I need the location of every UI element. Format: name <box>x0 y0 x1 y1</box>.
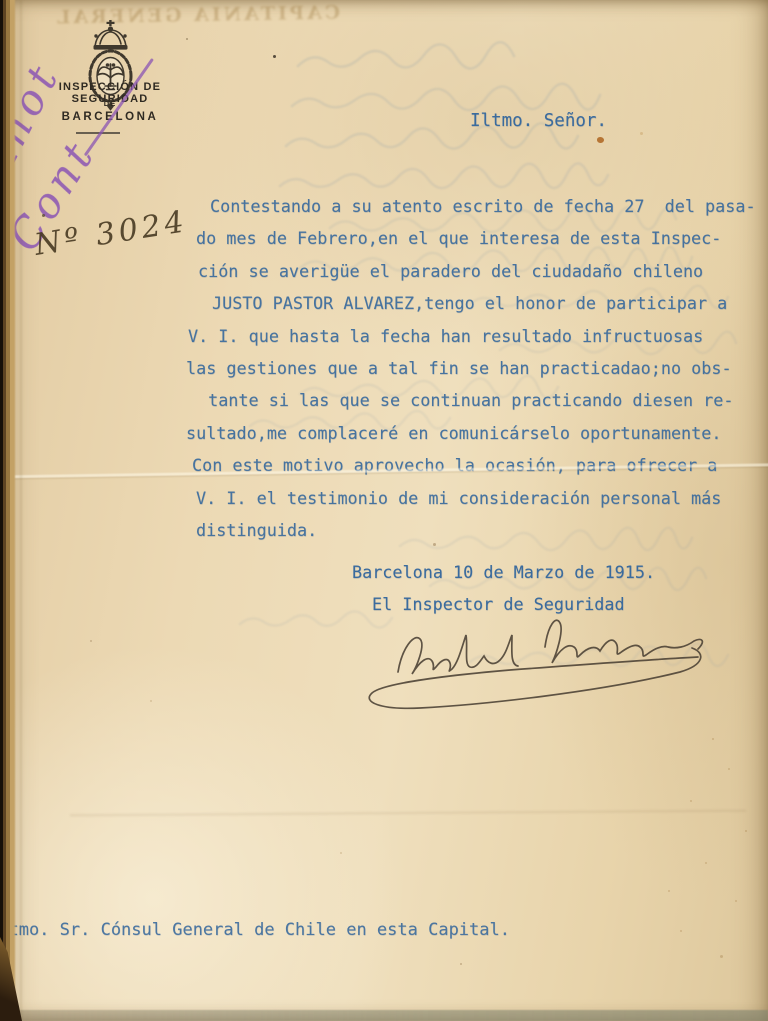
binding-edge <box>0 0 16 1021</box>
body-line: distinguida. <box>196 520 317 540</box>
body-line: ción se averigüe el paradero del ciudada… <box>198 261 703 281</box>
paper-fold-line <box>20 0 22 1021</box>
body-line: Contestando a su atento escrito de fecha… <box>210 196 756 216</box>
body-line: JUSTO PASTOR ALVAREZ,tengo el honor de p… <box>212 293 727 313</box>
salutation: Iltmo. Señor. <box>470 111 607 131</box>
paper-background <box>0 0 768 1021</box>
scanned-letter-page: CAPITANIA GENERAL INSPECCIÓN DE SEGURIDA… <box>0 0 768 1021</box>
recipient-line: Iltmo. Sr. Cónsul General de Chile en es… <box>0 920 510 940</box>
date-line: Barcelona 10 de Marzo de 1915. <box>352 562 655 582</box>
signature <box>340 595 720 735</box>
body-line: do mes de Febrero,en el que interesa de … <box>196 228 721 248</box>
body-line: V. I. que hasta la fecha han resultado i… <box>188 326 703 346</box>
body-line: las gestiones que a tal fin se han pract… <box>186 358 732 378</box>
body-line: sultado,me complaceré en comunicárselo o… <box>186 423 721 443</box>
body-line: V. I. el testimonio de mi consideración … <box>196 488 721 508</box>
page-bottom-shadow <box>0 1010 768 1021</box>
body-line: tante si las que se continuan practicand… <box>198 390 733 410</box>
